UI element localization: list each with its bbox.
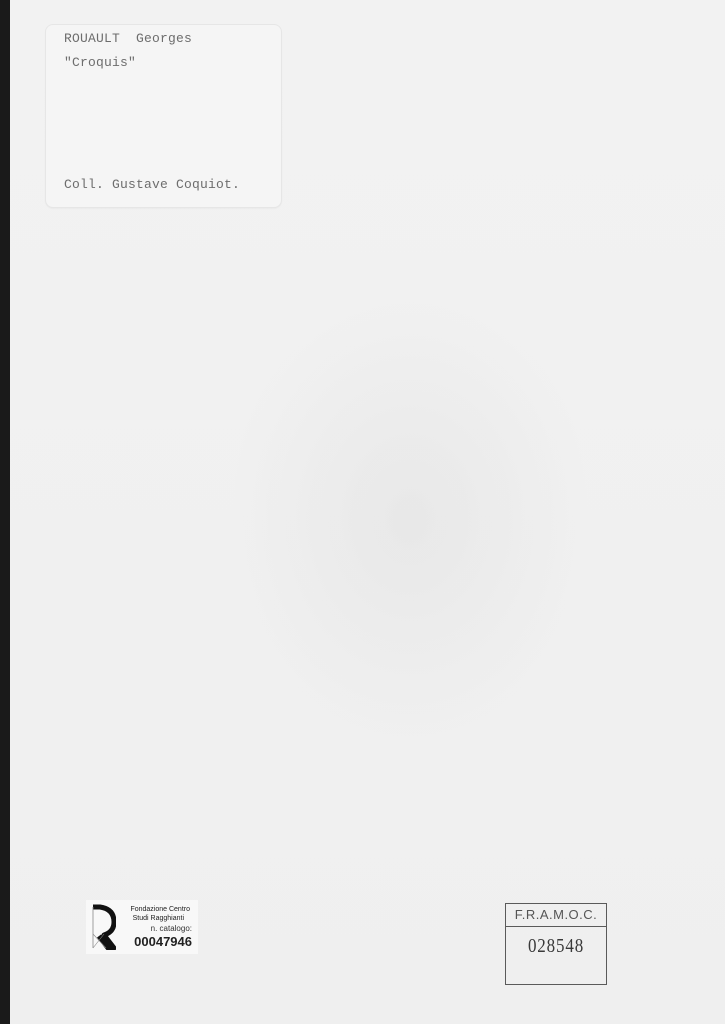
typed-label-card: ROUAULT Georges "Croquis" Coll. Gustave … <box>45 24 282 208</box>
scan-edge <box>0 0 10 1024</box>
framoc-stamp: F.R.A.M.O.C. 028548 <box>505 903 607 985</box>
document-sheet: ROUAULT Georges "Croquis" Coll. Gustave … <box>10 0 725 1024</box>
artwork-title: "Croquis" <box>64 55 136 70</box>
artist-name: ROUAULT Georges <box>64 31 192 46</box>
catalog-number: 00047946 <box>134 934 192 949</box>
fondazione-catalog-stamp: Fondazione Centro Studi Ragghianti n. ca… <box>86 900 198 954</box>
foundation-name-line1: Fondazione Centro <box>130 906 190 913</box>
framoc-number: 028548 <box>514 935 599 958</box>
r-logo-icon <box>90 904 116 950</box>
collection-note: Coll. Gustave Coquiot. <box>64 177 240 192</box>
catalog-label: n. catalogo: <box>151 924 192 933</box>
framoc-header: F.R.A.M.O.C. <box>506 904 606 927</box>
foundation-name-line2: Studi Ragghianti <box>133 915 184 922</box>
